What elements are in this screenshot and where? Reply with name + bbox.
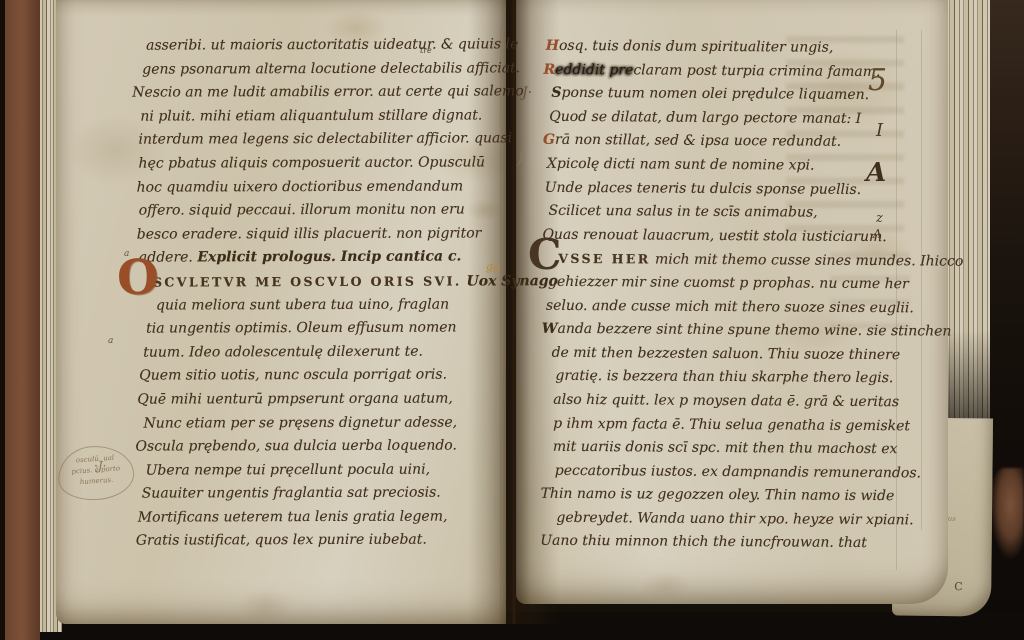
manuscript-text-run: SCVLETVR ME OSCVLO ORIS SVI. (153, 273, 462, 289)
manuscript-text-line: addere. Explicit prologus. Incip cantica… (133, 246, 505, 271)
manuscript-text-run: asseribi. ut maioris auctoritatis uideat… (146, 36, 518, 53)
manuscript-text-run: gens psonarum alterna locutione delectab… (142, 60, 520, 77)
manuscript-text-run: de mit then bezzesten saluon. Thiu suoze… (552, 345, 901, 363)
manuscript-text-line: Quod se dilatat, dum largo pectore manat… (543, 106, 911, 132)
manuscript-text-run: Nunc etiam per se pręsens dignetur adess… (143, 414, 457, 431)
manuscript-text-line: Nescio an me ludit amabilis error. aut c… (132, 81, 504, 106)
manuscript-text-line: Quas renouat lauacrum, uestit stola iust… (542, 223, 910, 249)
manuscript-text-run: mich mit themo cusse sines mundes. Ihicc… (650, 252, 963, 270)
manuscript-text-run: seluo. ande cusse mich mit thero suoze s… (546, 297, 914, 316)
manuscript-text-run: Scilicet una salus in te scīs animabus, (549, 203, 818, 221)
manuscript-text-run: gehiezzer mir sine cuomst p prophas. nu … (548, 274, 909, 293)
manuscript-text-run: ponse tuum nomen olei prędulce liquamen. (561, 85, 869, 103)
manuscript-text-run: interdum mea legens sic delectabiliter a… (138, 131, 512, 148)
manuscript-text-line: SCVLETVR ME OSCVLO ORIS SVI. Uox Synago (133, 269, 505, 294)
manuscript-text-run: besco eradere. siquid illis placuerit. n… (137, 225, 482, 242)
right-page-text-column: Hosq. tuis donis dum spiritualiter ungis… (540, 35, 912, 557)
manuscript-text-run: H (546, 38, 559, 54)
manuscript-text-run: p ihm xpm facta ē. Thiu selua genatha is… (553, 415, 910, 433)
manuscript-text-run: Suauiter ungentis fraglantia sat precios… (142, 485, 441, 502)
manuscript-text-line: gehiezzer mir sine cuomst p prophas. nu … (542, 271, 910, 297)
manuscript-text-run: VSSE HER (558, 251, 650, 267)
manuscript-text-run: gebreydet. Wanda uano thir xpo. heyze wi… (556, 510, 913, 528)
manuscript-text-run: Ubera nempe tui pręcellunt pocula uini, (146, 461, 431, 478)
manuscript-text-run: gratię. is bezzera than thiu skarphe the… (555, 368, 893, 386)
manuscript-text-line: gratię. is bezzera than thiu skarphe the… (541, 365, 909, 391)
manuscript-text-line: Xpicolę dicti nam sunt de nomine xpi. (543, 153, 911, 179)
manuscript-text-line: Sponse tuum nomen olei prędulce liquamen… (543, 82, 911, 108)
manuscript-text-run: hęc pbatus aliquis composuerit auctor. O… (139, 154, 486, 171)
manuscript-text-line: Reddidit preclaram post turpia crimina f… (543, 58, 911, 84)
manuscript-text-line: Thin namo is uz gegozzen oley. Thin namo… (541, 483, 909, 509)
manuscript-text-run: Unde places teneris tu dulcis sponse pue… (545, 179, 862, 197)
manuscript-text-line: offero. siquid peccaui. illorum monitu n… (133, 199, 505, 224)
manuscript-text-line: Gratis iustificat, quos lex punire iubeb… (134, 529, 506, 554)
left-page-text-column: asseribi. ut maioris auctoritatis uideat… (132, 33, 506, 553)
manuscript-text-line: Quem sitio uotis, nunc oscula porrigat o… (133, 364, 505, 389)
manuscript-text-run: ni pluit. mihi etiam aliquantulum stilla… (140, 107, 482, 124)
manuscript-text-line: hęc pbatus aliquis composuerit auctor. O… (133, 151, 505, 176)
table-surface-glimpse (990, 468, 1024, 560)
manuscript-text-line: VSSE HER mich mit themo cusse sines mund… (542, 247, 910, 273)
manuscript-text-run: offero. siquid peccaui. illorum monitu n… (139, 202, 465, 219)
manuscript-text-run: Uano thiu minnon thich the iuncfrouwan. … (540, 533, 867, 551)
manuscript-book-photo: amus C asseribi. ut maioris auctoritatis… (0, 0, 1024, 640)
manuscript-text-run: Nescio an me ludit amabilis error. aut c… (132, 83, 523, 100)
manuscript-text-run: hoc quamdiu uixero doctioribus emendandu… (137, 178, 464, 195)
leather-binding-left (0, 0, 40, 640)
manuscript-text-line: Scilicet una salus in te scīs animabus, (542, 200, 910, 226)
manuscript-text-line: tuum. Ideo adolescentulę dilexerunt te. (133, 340, 505, 365)
manuscript-text-line: quia meliora sunt ubera tua uino, fragla… (133, 293, 505, 318)
manuscript-text-run: Quē mihi uenturū pmpserunt organa uatum, (137, 390, 453, 407)
manuscript-text-line: de mit then bezzesten saluon. Thiu suoze… (542, 341, 910, 367)
manuscript-text-run: also hiz quitt. lex p moysen data ē. grā… (553, 392, 899, 410)
manuscript-text-line: mit uariis donis scī spc. mit then thu m… (541, 436, 909, 462)
manuscript-text-run: Gratis iustificat, quos lex punire iubeb… (136, 532, 427, 549)
under-page-corner-letter: C (954, 580, 963, 593)
illuminated-initial-o: O (117, 254, 159, 302)
manuscript-text-line: peccatoribus iustos. ex dampnandis remun… (541, 459, 909, 485)
manuscript-text-line: Suauiter ungentis fraglantia sat precios… (134, 482, 506, 507)
manuscript-text-line: hoc quamdiu uixero doctioribus emendandu… (133, 175, 505, 200)
manuscript-text-line: also hiz quitt. lex p moysen data ē. grā… (541, 389, 909, 415)
manuscript-text-run: Mortificans ueterem tua lenis gratia leg… (138, 508, 448, 525)
manuscript-text-line: Quē mihi uenturū pmpserunt organa uatum, (133, 387, 505, 412)
manuscript-text-run: S (551, 85, 561, 101)
manuscript-text-line: Oscula prębendo, sua dulcia uerba loquen… (133, 434, 505, 459)
page-edges-right (946, 0, 990, 470)
manuscript-text-run: Oscula prębendo, sua dulcia uerba loquen… (136, 438, 457, 455)
manuscript-text-run: Quod se dilatat, dum largo pectore manat… (549, 109, 861, 127)
manuscript-text-line: Mortificans ueterem tua lenis gratia leg… (134, 505, 506, 530)
manuscript-text-run: claram post turpia crimina famam. (633, 62, 880, 80)
manuscript-text-run: rā non stillat, sed & ipsa uoce redundat… (555, 132, 841, 150)
manuscript-text-line: Uano thiu minnon thich the iuncfrouwan. … (540, 530, 908, 556)
manuscript-text-run: quia meliora sunt ubera tua uino, fragla… (156, 296, 449, 313)
ruling-line (921, 30, 922, 530)
manuscript-text-line: Wanda bezzere sint thine spune themo win… (542, 318, 910, 344)
manuscript-text-run: osq. tuis donis dum spiritualiter ungis, (559, 38, 833, 56)
manuscript-text-run: anda bezzere sint thine spune themo wine… (557, 321, 951, 340)
manuscript-text-run: Explicit prologus. Incip cantica c. (197, 249, 461, 266)
manuscript-text-line: gens psonarum alterna locutione delectab… (132, 57, 504, 82)
manuscript-text-run: Quas renouat lauacrum, uestit stola iust… (542, 226, 886, 244)
manuscript-text-run: tuum. Ideo adolescentulę dilexerunt te. (143, 343, 423, 360)
manuscript-text-run: Quem sitio uotis, nunc oscula porrigat o… (139, 367, 447, 384)
manuscript-text-line: gebreydet. Wanda uano thir xpo. heyze wi… (540, 507, 908, 533)
manuscript-text-line: Ubera nempe tui pręcellunt pocula uini, (134, 458, 506, 483)
manuscript-text-line: asseribi. ut maioris auctoritatis uideat… (132, 33, 504, 58)
manuscript-text-run: Xpicolę dicti nam sunt de nomine xpi. (547, 156, 815, 174)
illuminated-initial-c: C (528, 234, 561, 276)
manuscript-text-line: Nunc etiam per se pręsens dignetur adess… (133, 411, 505, 436)
manuscript-text-run: tia ungentis optimis. Oleum effusum nome… (146, 320, 456, 337)
manuscript-text-run: R (544, 61, 556, 77)
manuscript-text-run: G (543, 132, 555, 148)
manuscript-text-line: seluo. ande cusse mich mit thero suoze s… (542, 294, 910, 320)
manuscript-text-line: p ihm xpm facta ē. Thiu selua genatha is… (541, 412, 909, 438)
manuscript-text-line: tia ungentis optimis. Oleum effusum nome… (133, 316, 505, 341)
manuscript-text-run: mit uariis donis scī spc. mit then thu m… (553, 439, 898, 457)
manuscript-text-line: Hosq. tuis donis dum spiritualiter ungis… (544, 35, 912, 61)
manuscript-text-line: Unde places teneris tu dulcis sponse pue… (543, 176, 911, 202)
manuscript-text-run: peccatoribus iustos. ex dampnandis remun… (555, 462, 921, 481)
manuscript-text-run: Thin namo is uz gegozzen oley. Thin namo… (541, 486, 895, 504)
manuscript-text-run: W (542, 321, 558, 337)
manuscript-text-line: interdum mea legens sic delectabiliter a… (132, 128, 504, 153)
manuscript-text-line: ni pluit. mihi etiam aliquantulum stilla… (132, 104, 504, 129)
manuscript-text-line: besco eradere. siquid illis placuerit. n… (133, 222, 505, 247)
manuscript-text-line: Grā non stillat, sed & ipsa uoce redunda… (543, 129, 911, 155)
manuscript-text-run: eddidit pre (555, 61, 633, 78)
